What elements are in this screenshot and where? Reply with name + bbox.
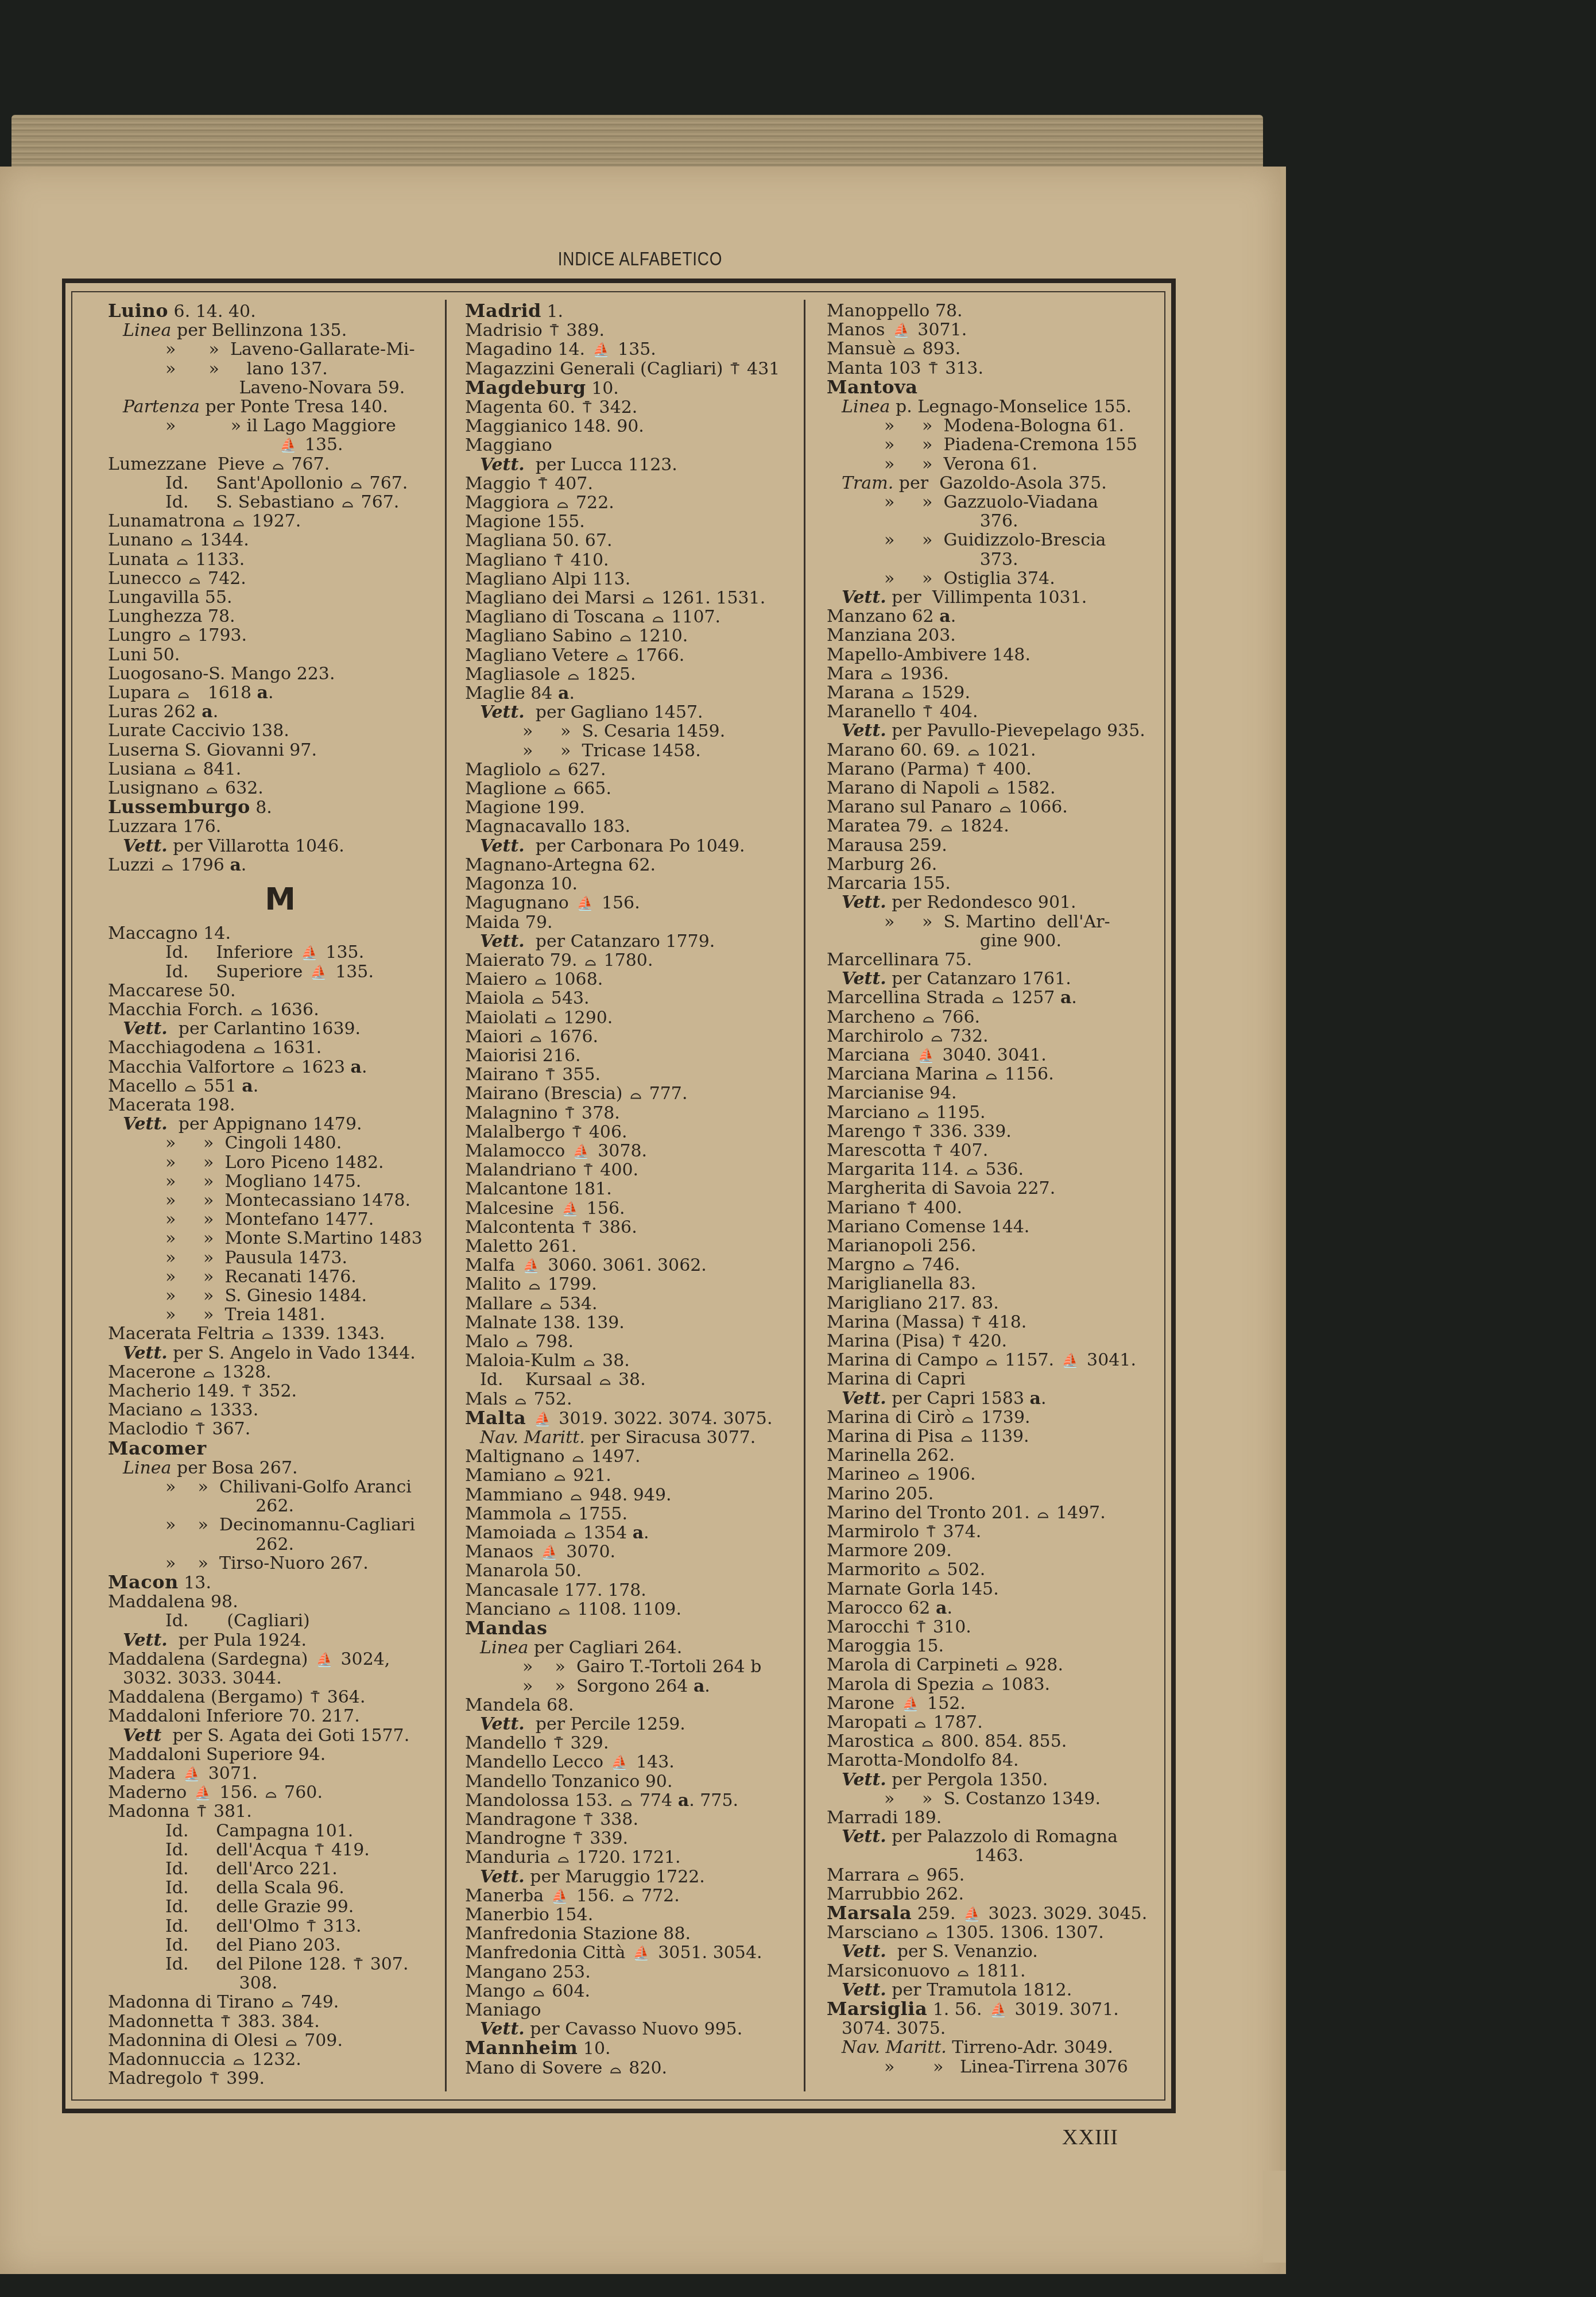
index-headword-entry: Madrid 1. [465,301,809,321]
coach-icon: ⌓ [941,817,952,836]
tram-stop-icon: ⍑ [924,702,932,721]
index-entry: Manos ⛵ 3071. [827,320,1171,339]
index-entry: Marsiconuovo ⌓ 1811. [827,1962,1171,1981]
entry-text: Macherio 149. ⍑ 352. [108,1381,297,1401]
index-entry: » » Pausula 1473. [108,1248,452,1267]
index-entry: Luni 50. [108,645,452,664]
entry-text: Margarita 114. ⌓ 536. [827,1159,1024,1180]
entry-text: Marciana ⛵ 3040. 3041. [827,1045,1047,1065]
route-type-label: Linea [123,1458,171,1478]
index-entry: Maiolati ⌓ 1290. [465,1008,809,1027]
entry-text: Manduria ⌓ 1720. 1721. [465,1847,681,1867]
entry-text: Id. Sant'Apollonio ⌓ 767. [165,473,408,493]
index-entry: Marcianise 94. [827,1084,1171,1103]
coach-icon: ⌓ [967,1160,978,1179]
entry-text: per Ponte Tresa 140. [200,397,388,417]
boat-icon: ⛵ [633,1943,650,1962]
vettura-label: Vett. [480,931,525,952]
entry-text: » » Montefano 1477. [165,1209,374,1229]
index-headword-entry: Magdeburg 10. [465,378,809,398]
entry-text: 262. [223,1496,294,1516]
entry-text: Maddaloni Inferiore 70. 217. [108,1706,360,1726]
entry-text: per Appignano 1479. [168,1114,362,1134]
coach-icon: ⌓ [1037,1503,1048,1522]
index-entry: Vett. per S. Venanzio. [827,1942,1171,1961]
entry-text: Maloia-Kulm ⌓ 38. [465,1351,630,1371]
coach-icon: ⌓ [923,1008,934,1027]
index-entry: Id. della Scala 96. [108,1878,452,1897]
index-entry: Vett. per Capri 1583 a. [827,1389,1171,1408]
entry-text: Id. dell'Arco 221. [165,1859,338,1879]
entry-text: Malcesine ⛵ 156. [465,1198,625,1219]
entry-text: Marengo ⍑ 336. 339. [827,1122,1012,1142]
entry-text: Marescotta ⍑ 407. [827,1140,988,1161]
entry-text: 6. 14. 40. [168,301,256,322]
route-type-label: Linea [842,397,890,417]
coach-icon: ⌓ [517,1332,528,1351]
route-type-label: Partenza [123,397,200,417]
entry-text: Maddalena (Sardegna) ⛵ 3024, [108,1649,390,1669]
entry-text: p. Legnago-Monselice 155. [890,397,1132,417]
index-entry: Mapello-Ambivere 148. [827,645,1171,664]
index-entry: Magliano Alpi 113. [465,570,809,589]
index-entry: gine 900. [827,931,1171,950]
index-entry: Macello ⌓ 551 a. [108,1077,452,1096]
coach-icon: ⌓ [189,569,200,588]
headword: Malta [465,1407,526,1429]
coach-icon: ⌓ [1006,1656,1017,1675]
entry-text: 1463. [942,1846,1024,1866]
entry-text: Manerba ⛵ 156. ⌓ 772. [465,1886,680,1906]
index-entry: Marola di Carpineti ⌓ 928. [827,1656,1171,1675]
entry-text: Luzzi ⌓ 1796 a. [108,855,246,875]
coach-icon: ⌓ [254,1038,265,1057]
index-entry: Mammiano ⌓ 948. 949. [465,1486,809,1505]
boat-icon: ⛵ [576,894,594,912]
entry-text: » » Pausula 1473. [165,1248,347,1268]
entry-text: Mallare ⌓ 534. [465,1294,598,1314]
entry-text: Margno ⌓ 746. [827,1255,960,1275]
entry-text: Mano di Sovere ⌓ 820. [465,2058,667,2078]
index-entry: Macchiagodena ⌓ 1631. [108,1038,452,1057]
route-type-label: Nav. Maritt. [842,2037,947,2058]
index-entry: Vett per S. Agata dei Goti 1577. [108,1726,452,1745]
entry-text: Lungro ⌓ 1793. [108,625,247,645]
entry-text: Madonnina di Olesi ⌓ 709. [108,2031,343,2051]
index-entry: Maglione ⌓ 665. [465,779,809,798]
index-entry: Madonna di Tirano ⌓ 749. [108,1993,452,2012]
index-entry: Marocchi ⍑ 310. [827,1618,1171,1637]
entry-text: Macello ⌓ 551 a. [108,1076,258,1096]
entry-text: Mariglianella 83. [827,1274,976,1294]
index-entry: Vett. per S. Angelo in Vado 1344. [108,1344,452,1363]
tram-stop-icon: ⍑ [908,1198,916,1217]
entry-text: Lumezzane Pieve ⌓ 767. [108,454,330,474]
headword: Lussemburgo [108,796,250,818]
coach-icon: ⌓ [185,1077,196,1096]
tram-stop-icon: ⍑ [546,1065,554,1084]
entry-text: Marcellinara 75. [827,950,972,970]
entry-text: Maierato 79. ⌓ 1780. [465,950,653,970]
index-headword-entry: Macomer [108,1439,452,1459]
index-entry: Margno ⌓ 746. [827,1255,1171,1274]
entry-text: 10. [586,378,619,399]
index-entry: Marmore 209. [827,1541,1171,1560]
entry-text: Mandolossa 153. ⌓ 774 a. 775. [465,1791,738,1811]
entry-text: » » Recanati 1476. [165,1267,357,1287]
boat-icon: ⛵ [963,1904,981,1923]
entry-text: 308. [223,1973,277,1993]
entry-text: 1. [541,301,563,322]
entry-text: Id. delle Grazie 99. [165,1897,354,1917]
headword: Mandas [465,1617,548,1639]
entry-text: » » S. Martino dell'Ar- [884,912,1110,932]
tram-stop-icon: ⍑ [574,1829,582,1848]
index-entry: Marciana Marina ⌓ 1156. [827,1065,1171,1084]
entry-text: Luogosano-S. Mango 223. [108,664,335,684]
entry-text: Marrara ⌓ 965. [827,1865,964,1885]
suffix-a: a [678,1791,689,1811]
entry-text: Marsiconuovo ⌓ 1811. [827,1961,1025,1981]
page-number: XXIII [1062,2125,1118,2150]
entry-text: Maida 79. [465,912,553,933]
vettura-label: Vett. [480,2019,525,2039]
entry-text: » » Sorgono 264 a. [522,1676,710,1696]
index-entry: Lusiana ⌓ 841. [108,760,452,779]
entry-text: Marradi 189. [827,1808,942,1828]
index-entry: » » Gairo T.-Tortoli 264 b [465,1657,809,1676]
coach-icon: ⌓ [986,1351,997,1370]
index-entry: Laveno-Novara 59. [108,378,452,397]
index-entry: » » Montefano 1477. [108,1210,452,1229]
entry-text: Mandela 68. [465,1695,574,1715]
entry-text: Marina di Pisa ⌓ 1139. [827,1426,1029,1447]
entry-text: Macerata Feltria ⌓ 1339. 1343. [108,1324,385,1344]
index-entry: Marcellina Strada ⌓ 1257 a. [827,988,1171,1007]
entry-text: Marino del Tronto 201. ⌓ 1497. [827,1503,1106,1523]
entry-text: Malfa ⛵ 3060. 3061. 3062. [465,1255,707,1275]
index-entry: Id. Inferiore ⛵ 135. [108,943,452,962]
entry-text: Mapello-Ambivere 148. [827,645,1031,665]
index-entry: Id. Kursaal ⌓ 38. [465,1370,809,1389]
index-entry: » » Linea-Tirrena 3076 [827,2058,1171,2076]
coach-icon: ⌓ [178,683,189,702]
index-entry: Marcheno ⌓ 766. [827,1008,1171,1027]
coach-icon: ⌓ [351,474,362,493]
entry-text: Mango ⌓ 604. [465,1981,590,2001]
index-entry: Id. Campagna 101. [108,1822,452,1840]
coach-icon: ⌓ [559,1600,570,1619]
suffix-a: a [1060,988,1071,1008]
index-entry: Linea per Cagliari 264. [465,1638,809,1657]
entry-text: Maclodio ⍑ 367. [108,1419,250,1439]
entry-text: Marostica ⌓ 800. 854. 855. [827,1731,1067,1751]
index-entry: Margarita 114. ⌓ 536. [827,1160,1171,1179]
coach-icon: ⌓ [515,1390,526,1409]
entry-text: Malcontenta ⍑ 386. [465,1217,637,1238]
entry-text: Marina di Cirò ⌓ 1739. [827,1407,1031,1428]
index-entry: Marano di Napoli ⌓ 1582. [827,779,1171,798]
tram-stop-icon: ⍑ [550,321,558,340]
index-entry: Magione 199. [465,798,809,817]
entry-text: Tirreno-Adr. 3049. [947,2037,1113,2058]
entry-text: per Capri 1583 a. [886,1389,1047,1409]
entry-text: Lunamatrona ⌓ 1927. [108,511,301,531]
entry-text: » » Tricase 1458. [522,741,701,761]
entry-text: Maggianico 148. 90. [465,416,644,436]
entry-text: Maropati ⌓ 1787. [827,1712,983,1733]
boat-icon: ⛵ [311,962,328,981]
coach-icon: ⌓ [572,1447,583,1466]
index-entry: Manoppello 78. [827,301,1171,320]
index-entry: Magliasole ⌓ 1825. [465,665,809,684]
index-entry: Marola di Spezia ⌓ 1083. [827,1675,1171,1694]
entry-text: Mammola ⌓ 1755. [465,1504,627,1524]
index-column-2: Madrid 1.Madrisio ⍑ 389.Magadino 14. ⛵ 1… [465,301,809,2078]
index-entry: Magenta 60. ⍑ 342. [465,398,809,417]
entry-text: Maglione ⌓ 665. [465,779,611,799]
index-entry: Maggiano [465,436,809,455]
coach-icon: ⌓ [540,1294,551,1313]
entry-text: Lupara ⌓ 1618 a. [108,683,274,703]
index-entry: Marmirolo ⍑ 374. [827,1522,1171,1541]
index-entry: Marinella 262. [827,1446,1171,1465]
entry-text: Marinella 262. [827,1445,955,1465]
entry-text: Marina di Capri [827,1369,966,1389]
tram-stop-icon: ⍑ [555,551,563,570]
index-entry: Maniago [465,2001,809,2020]
index-entry: Mariano Comense 144. [827,1217,1171,1236]
entry-text: per S. Agata dei Goti 1577. [161,1726,409,1746]
index-headword-entry: Marsiglia 1. 56. ⛵ 3019. 3071. [827,2000,1171,2019]
index-entry: Maddalena (Bergamo) ⍑ 364. [108,1688,452,1707]
entry-text: Id. S. Sebastiano ⌓ 767. [165,492,399,512]
index-entry: » » Piadena-Cremona 155 [827,435,1171,454]
entry-text: 10. [578,2039,610,2059]
index-entry: Macchia Valfortore ⌓ 1623 a. [108,1058,452,1077]
index-entry: » » il Lago Maggiore [108,416,452,435]
index-entry: Marengo ⍑ 336. 339. [827,1122,1171,1141]
index-entry: Maggio ⍑ 407. [465,474,809,493]
boat-icon: ⛵ [195,1783,212,1802]
vettura-label: Vett. [480,1867,525,1887]
index-entry: Vett. per Villarotta 1046. [108,837,452,856]
coach-icon: ⌓ [286,2031,297,2050]
entry-text: Macchia Valfortore ⌓ 1623 a. [108,1057,367,1077]
entry-text: Mariano Comense 144. [827,1217,1029,1237]
index-entry: » » Monte S.Martino 1483 [108,1229,452,1248]
entry-text: Marciano ⌓ 1195. [827,1103,986,1123]
index-entry: Marrubbio 262. [827,1885,1171,1904]
index-entry: Mancasale 177. 178. [465,1581,809,1600]
index-entry: Madonnuccia ⌓ 1232. [108,2050,452,2069]
index-entry: Mamoiada ⌓ 1354 a. [465,1523,809,1542]
index-entry: Lunano ⌓ 1344. [108,531,452,550]
coach-icon: ⌓ [535,970,546,989]
tram-stop-icon: ⍑ [315,1840,323,1859]
entry-text: 3032. 3033. 3044. [123,1668,282,1688]
entry-text: Marburg 26. [827,854,937,875]
index-entry: Luserna S. Giovanni 97. [108,741,452,760]
boat-icon: ⛵ [561,1199,579,1218]
index-entry: Marano (Parma) ⍑ 400. [827,760,1171,779]
index-headword-entry: Lussemburgo 8. [108,798,452,817]
entry-text: Maggio ⍑ 407. [465,474,593,494]
index-entry: Marano 60. 69. ⌓ 1021. [827,741,1171,760]
index-entry: Mals ⌓ 752. [465,1390,809,1409]
index-entry: Mandolossa 153. ⌓ 774 a. 775. [465,1791,809,1810]
boat-icon: ⛵ [917,1046,935,1065]
index-entry: Mandela 68. [465,1696,809,1715]
entry-text: Maglie 84 a. [465,683,575,703]
headword: Marsiglia [827,1998,927,2020]
index-entry: Lungavilla 55. [108,588,452,607]
index-entry: Id. delle Grazie 99. [108,1897,452,1916]
index-entry: Mandello ⍑ 329. [465,1734,809,1753]
index-entry: Maranello ⍑ 404. [827,702,1171,721]
index-entry: Marina di Cirò ⌓ 1739. [827,1408,1171,1427]
entry-text: Id. del Pilone 128. ⍑ 307. [165,1954,409,1974]
tram-stop-icon: ⍑ [977,760,985,779]
index-entry: Malandriano ⍑ 400. [465,1161,809,1180]
index-entry: Maciano ⌓ 1333. [108,1401,452,1420]
boat-icon: ⛵ [593,340,610,359]
entry-text: Macchia Forch. ⌓ 1636. [108,1000,319,1020]
index-entry: Mairano (Brescia) ⌓ 777. [465,1084,809,1103]
entry-text: » » Tirso-Nuoro 267. [165,1553,369,1573]
index-entry: Vett. per Lucca 1123. [465,455,809,474]
entry-text: Marocco 62 a. [827,1598,952,1618]
entry-text: Malo ⌓ 798. [465,1332,574,1352]
entry-text: per Maruggio 1722. [525,1867,705,1887]
index-entry: Id. dell'Olmo ⍑ 313. [108,1917,452,1936]
entry-text: Marocchi ⍑ 310. [827,1617,971,1637]
index-entry: Maggiora ⌓ 722. [465,493,809,512]
coach-icon: ⌓ [903,1255,914,1274]
index-entry: Malito ⌓ 1799. [465,1275,809,1294]
entry-text: Lunata ⌓ 1133. [108,550,245,570]
entry-text: Marano 60. 69. ⌓ 1021. [827,740,1036,760]
tram-stop-icon: ⍑ [555,1734,563,1753]
tram-stop-icon: ⍑ [242,1382,250,1401]
headword: Madrid [465,300,541,322]
entry-text: Maranello ⍑ 404. [827,702,978,722]
entry-text: Maderno ⛵ 156. ⌓ 760. [108,1782,323,1803]
index-entry: Magliano Sabino ⌓ 1210. [465,627,809,645]
index-entry: Mangano 253. [465,1963,809,1982]
index-entry: » » Cingoli 1480. [108,1134,452,1153]
entry-text: Magliano ⍑ 410. [465,550,609,570]
entry-text: Id. dell'Olmo ⍑ 313. [165,1916,362,1936]
vettura-label: Vett. [842,1942,886,1962]
coach-icon: ⌓ [617,646,627,665]
index-entry: Magliano Vetere ⌓ 1766. [465,646,809,665]
headword: Macomer [108,1437,207,1459]
index-entry: Manziana 203. [827,626,1171,645]
coach-icon: ⌓ [571,1486,582,1505]
index-entry: Marina di Campo ⌓ 1157. ⛵ 3041. [827,1351,1171,1370]
entry-text: Id. dell'Acqua ⍑ 419. [165,1840,370,1860]
coach-icon: ⌓ [181,531,192,550]
index-entry: Maccarese 50. [108,981,452,1000]
tram-stop-icon: ⍑ [917,1618,925,1637]
entry-text: Maggiano [465,435,552,455]
coach-icon: ⌓ [982,1675,993,1694]
index-headword-entry: Marsala 259. ⛵ 3023. 3029. 3045. [827,1904,1171,1923]
entry-text: Id. Inferiore ⛵ 135. [165,942,364,962]
index-entry: Linea p. Legnago-Monselice 155. [827,397,1171,416]
entry-text: » » Gazzuolo-Viadana [884,492,1098,512]
tram-stop-icon: ⍑ [539,474,547,493]
coach-icon: ⌓ [630,1084,641,1103]
index-entry: » » Sorgono 264 a. [465,1677,809,1696]
index-entry: » » Verona 61. [827,455,1171,474]
entry-text: per Bellinzona 135. [171,320,347,341]
entry-text: gine 900. [942,931,1062,951]
entry-text: Marina (Massa) ⍑ 418. [827,1312,1026,1332]
entry-text: 259. ⛵ 3023. 3029. 3045. [912,1904,1147,1924]
suffix-a: a [230,855,241,875]
entry-text: » » Decinomannu-Cagliari [165,1515,415,1535]
entry-text: Magnano-Artegna 62. [465,855,656,875]
coach-icon: ⌓ [233,512,244,531]
entry-text: per Pergola 1350. [886,1770,1048,1790]
entry-text: 3074. 3075. [842,2018,946,2039]
entry-text: Marano di Napoli ⌓ 1582. [827,778,1056,798]
entry-text: Mamoiada ⌓ 1354 a. [465,1523,649,1543]
coach-icon: ⌓ [653,608,664,627]
index-entry: Linea per Bellinzona 135. [108,321,452,340]
entry-text: Magenta 60. ⍑ 342. [465,397,637,417]
entry-text: per Cavasso Nuovo 995. [525,2019,742,2039]
index-entry: Marigliano 217. 83. [827,1294,1171,1313]
index-entry: Lungro ⌓ 1793. [108,626,452,645]
entry-text: per Gazoldo-Asola 375. [893,473,1107,493]
entry-text: Magione 199. [465,798,585,818]
index-entry: Magliano dei Marsi ⌓ 1261. 1531. [465,589,809,608]
index-entry: Mammola ⌓ 1755. [465,1505,809,1523]
entry-text: Manta 103 ⍑ 313. [827,358,983,378]
tram-stop-icon: ⍑ [222,2012,230,2031]
entry-text: Magliano di Toscana ⌓ 1107. [465,607,720,627]
entry-text: Madera ⛵ 3071. [108,1764,258,1784]
index-entry: Vett. per Maruggio 1722. [465,1867,809,1886]
index-entry: Marianopoli 256. [827,1236,1171,1255]
index-entry: » » Chilivani-Golfo Aranci [108,1478,452,1496]
index-entry: » » Recanati 1476. [108,1267,452,1286]
coach-icon: ⌓ [282,1993,293,2012]
entry-text: Marola di Carpineti ⌓ 928. [827,1655,1063,1675]
index-entry: Marrara ⌓ 965. [827,1866,1171,1885]
vettura-label: Vett. [123,1630,168,1650]
entry-text: Mammiano ⌓ 948. 949. [465,1485,672,1505]
suffix-a: a [936,1598,947,1618]
index-entry: Manduria ⌓ 1720. 1721. [465,1848,809,1867]
index-entry: Maiola ⌓ 543. [465,989,809,1008]
index-column-3: Manoppello 78.Manos ⛵ 3071.Mansuè ⌓ 893.… [827,301,1171,2076]
tram-stop-icon: ⍑ [952,1332,960,1351]
entry-text: 376. [942,511,1018,531]
entry-text: » » Modena-Bologna 61. [884,416,1124,436]
index-entry: Maratea 79. ⌓ 1824. [827,817,1171,836]
entry-text: per Bosa 267. [171,1458,297,1478]
index-entry: » » Modena-Bologna 61. [827,416,1171,435]
index-entry: Id. dell'Acqua ⍑ 419. [108,1840,452,1859]
entry-text: Maletto 261. [465,1236,576,1256]
entry-text: per Gagliano 1457. [525,702,703,722]
entry-text: Marcaria 155. [827,873,951,894]
entry-text: Manerbio 154. [465,1905,593,1925]
